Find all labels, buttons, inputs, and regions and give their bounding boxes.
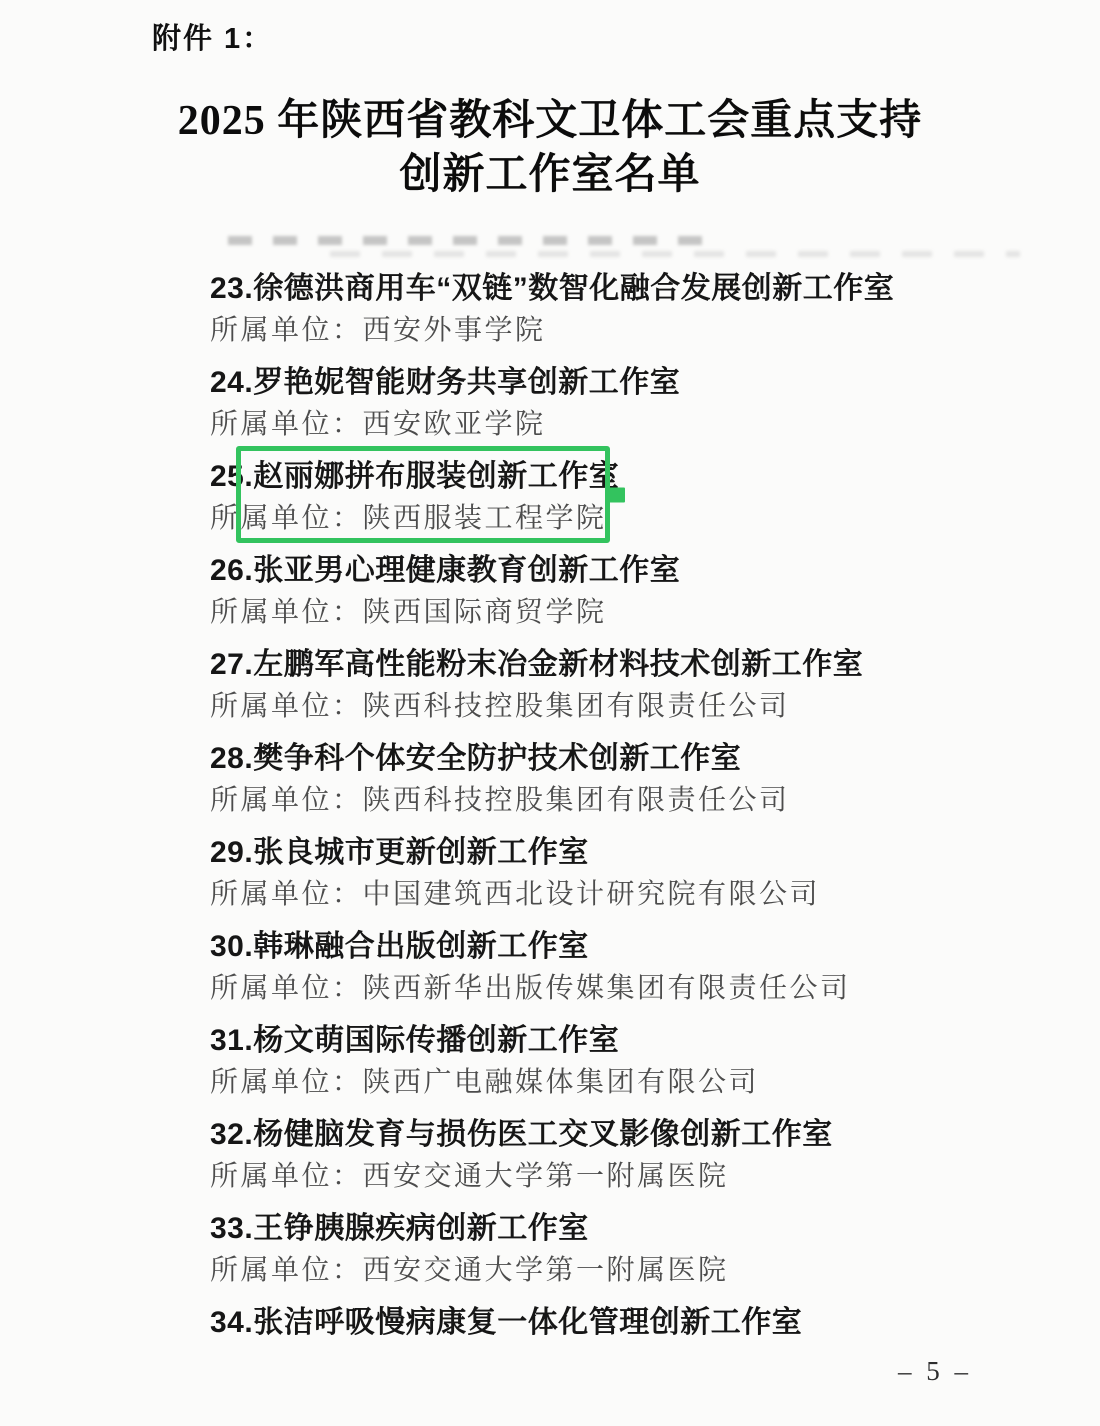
highlight-drag-handle[interactable] (607, 487, 625, 502)
list-item: 25.赵丽娜拼布服装创新工作室 所属单位：陕西服装工程学院 (210, 458, 1050, 552)
faded-text-artifact (228, 236, 722, 245)
list-item: 30.韩琳融合出版创新工作室 所属单位：陕西新华出版传媒集团有限责任公司 (210, 928, 1050, 1022)
entry-list: 23.徐德洪商用车“双链”数智化融合发展创新工作室 所属单位：西安外事学院 24… (210, 270, 1050, 1398)
workshop-unit: 所属单位：西安交通大学第一附属医院 (210, 1254, 1050, 1288)
workshop-title: 29.张良城市更新创新工作室 (210, 834, 1050, 872)
workshop-title: 23.徐德洪商用车“双链”数智化融合发展创新工作室 (210, 270, 1050, 308)
faded-text-artifact (330, 251, 1020, 257)
workshop-unit: 所属单位：陕西新华出版传媒集团有限责任公司 (210, 972, 1050, 1006)
workshop-title: 32.杨健脑发育与损伤医工交叉影像创新工作室 (210, 1116, 1050, 1154)
list-item: 23.徐德洪商用车“双链”数智化融合发展创新工作室 所属单位：西安外事学院 (210, 270, 1050, 364)
document-title-line2: 创新工作室名单 (399, 152, 700, 198)
document-title-line1: 2025 年陕西省教科文卫体工会重点支持 (178, 98, 923, 144)
workshop-title: 34.张洁呼吸慢病康复一体化管理创新工作室 (210, 1304, 1050, 1342)
attachment-label: 附件 1： (152, 16, 273, 57)
workshop-title: 31.杨文萌国际传播创新工作室 (210, 1022, 1050, 1060)
workshop-unit: 所属单位：陕西科技控股集团有限责任公司 (210, 690, 1050, 724)
workshop-unit: 所属单位：西安欧亚学院 (210, 408, 1050, 442)
list-item: 28.樊争科个体安全防护技术创新工作室 所属单位：陕西科技控股集团有限责任公司 (210, 740, 1050, 834)
document-title: 2025 年陕西省教科文卫体工会重点支持 创新工作室名单 (0, 94, 1100, 202)
workshop-title: 24.罗艳妮智能财务共享创新工作室 (210, 364, 1050, 402)
list-item: 31.杨文萌国际传播创新工作室 所属单位：陕西广电融媒体集团有限公司 (210, 1022, 1050, 1116)
list-item: 27.左鹏军高性能粉末冶金新材料技术创新工作室 所属单位：陕西科技控股集团有限责… (210, 646, 1050, 740)
list-item: 26.张亚男心理健康教育创新工作室 所属单位：陕西国际商贸学院 (210, 552, 1050, 646)
workshop-unit: 所属单位：西安外事学院 (210, 314, 1050, 348)
workshop-title: 28.樊争科个体安全防护技术创新工作室 (210, 740, 1050, 778)
list-item: 29.张良城市更新创新工作室 所属单位：中国建筑西北设计研究院有限公司 (210, 834, 1050, 928)
workshop-unit: 所属单位：陕西广电融媒体集团有限公司 (210, 1066, 1050, 1100)
workshop-title: 30.韩琳融合出版创新工作室 (210, 928, 1050, 966)
workshop-unit: 所属单位：西安交通大学第一附属医院 (210, 1160, 1050, 1194)
workshop-title: 27.左鹏军高性能粉末冶金新材料技术创新工作室 (210, 646, 1050, 684)
workshop-unit: 所属单位：陕西科技控股集团有限责任公司 (210, 784, 1050, 818)
list-item: 32.杨健脑发育与损伤医工交叉影像创新工作室 所属单位：西安交通大学第一附属医院 (210, 1116, 1050, 1210)
workshop-unit: 所属单位：中国建筑西北设计研究院有限公司 (210, 878, 1050, 912)
workshop-title: 26.张亚男心理健康教育创新工作室 (210, 552, 1050, 590)
highlight-annotation-box[interactable] (236, 446, 610, 543)
page-number: – 5 – (898, 1356, 972, 1387)
workshop-title: 33.王铮胰腺疾病创新工作室 (210, 1210, 1050, 1248)
workshop-unit: 所属单位：陕西国际商贸学院 (210, 596, 1050, 630)
list-item: 33.王铮胰腺疾病创新工作室 所属单位：西安交通大学第一附属医院 (210, 1210, 1050, 1304)
list-item: 24.罗艳妮智能财务共享创新工作室 所属单位：西安欧亚学院 (210, 364, 1050, 458)
